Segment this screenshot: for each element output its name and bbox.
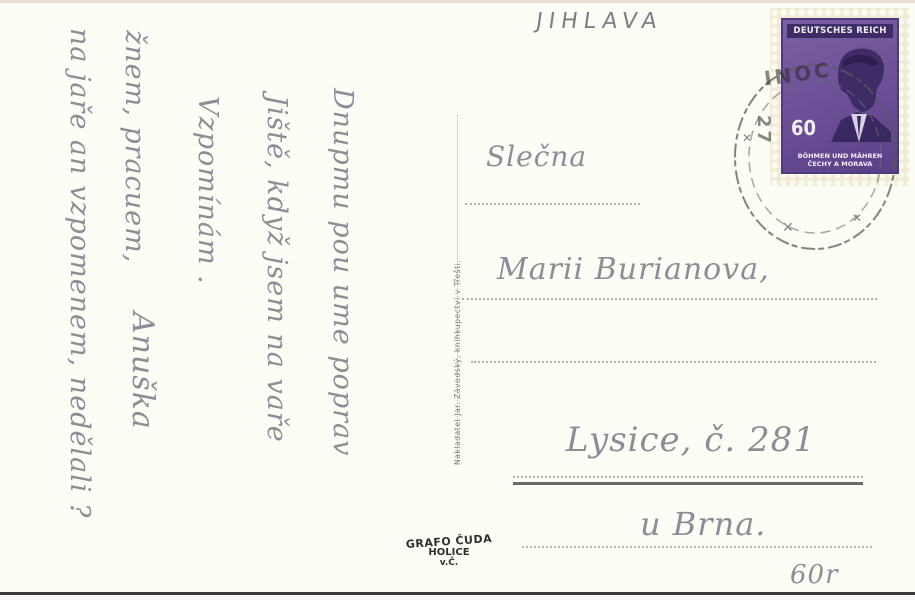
message-line-1: Dnupmu pou ume poprav bbox=[327, 88, 358, 456]
message-signature: Anuška bbox=[125, 312, 160, 430]
stamp-value: 60 bbox=[791, 116, 816, 140]
pencil-price: 60r bbox=[790, 560, 839, 590]
stamp-footer-de: BÖHMEN UND MÄHREN bbox=[787, 152, 893, 160]
stamp-footer: BÖHMEN UND MÄHREN ČECHY A MORAVA bbox=[787, 152, 893, 168]
publisher-imprint: Nakladatel Jar. Závodský, knihkupectví v… bbox=[453, 260, 462, 465]
scan-margin bbox=[0, 596, 915, 600]
address-street: Lysice, č. 281 bbox=[566, 420, 816, 460]
portrait-icon bbox=[821, 42, 891, 142]
pencil-note-city: JIHLAVA bbox=[534, 9, 664, 34]
address-line-1 bbox=[465, 203, 640, 205]
message-line-3: Vzpomínám . bbox=[192, 96, 223, 285]
address-line-5 bbox=[522, 546, 872, 548]
message-line-5: žnem, pracuem, bbox=[119, 30, 150, 263]
postmark-date: 27 bbox=[753, 115, 774, 146]
printer-mark: GRAFO ČUDA HOLICE v.Č. bbox=[404, 536, 494, 569]
postcard-back: JIHLAVA Dnupmu pou ume poprav Jiště, kdy… bbox=[0, 0, 915, 595]
printer-suffix: v.Č. bbox=[404, 558, 494, 569]
address-city: u Brna. bbox=[640, 505, 766, 543]
address-salutation: Slečna bbox=[486, 140, 587, 173]
postage-stamp: DEUTSCHES REICH 60 BÖHMEN UND MÄHREN ČEC… bbox=[770, 8, 910, 186]
address-name: Marii Burianova, bbox=[497, 252, 770, 287]
message-line-2: Jiště, když jsem na vaře bbox=[261, 95, 292, 443]
svg-text:✕: ✕ bbox=[782, 220, 794, 236]
message-line-6: na jaře an vzpomenem, nedělali ? bbox=[64, 28, 95, 519]
stamp-country: DEUTSCHES REICH bbox=[787, 24, 893, 38]
address-line-4 bbox=[513, 476, 863, 478]
stamp-footer-cz: ČECHY A MORAVA bbox=[787, 160, 893, 168]
address-underline bbox=[513, 482, 863, 485]
svg-text:✕: ✕ bbox=[852, 211, 862, 225]
address-line-2 bbox=[462, 298, 877, 300]
address-line-3 bbox=[471, 361, 876, 363]
stamp-face: DEUTSCHES REICH 60 BÖHMEN UND MÄHREN ČEC… bbox=[781, 18, 899, 174]
svg-text:✕: ✕ bbox=[742, 131, 752, 145]
